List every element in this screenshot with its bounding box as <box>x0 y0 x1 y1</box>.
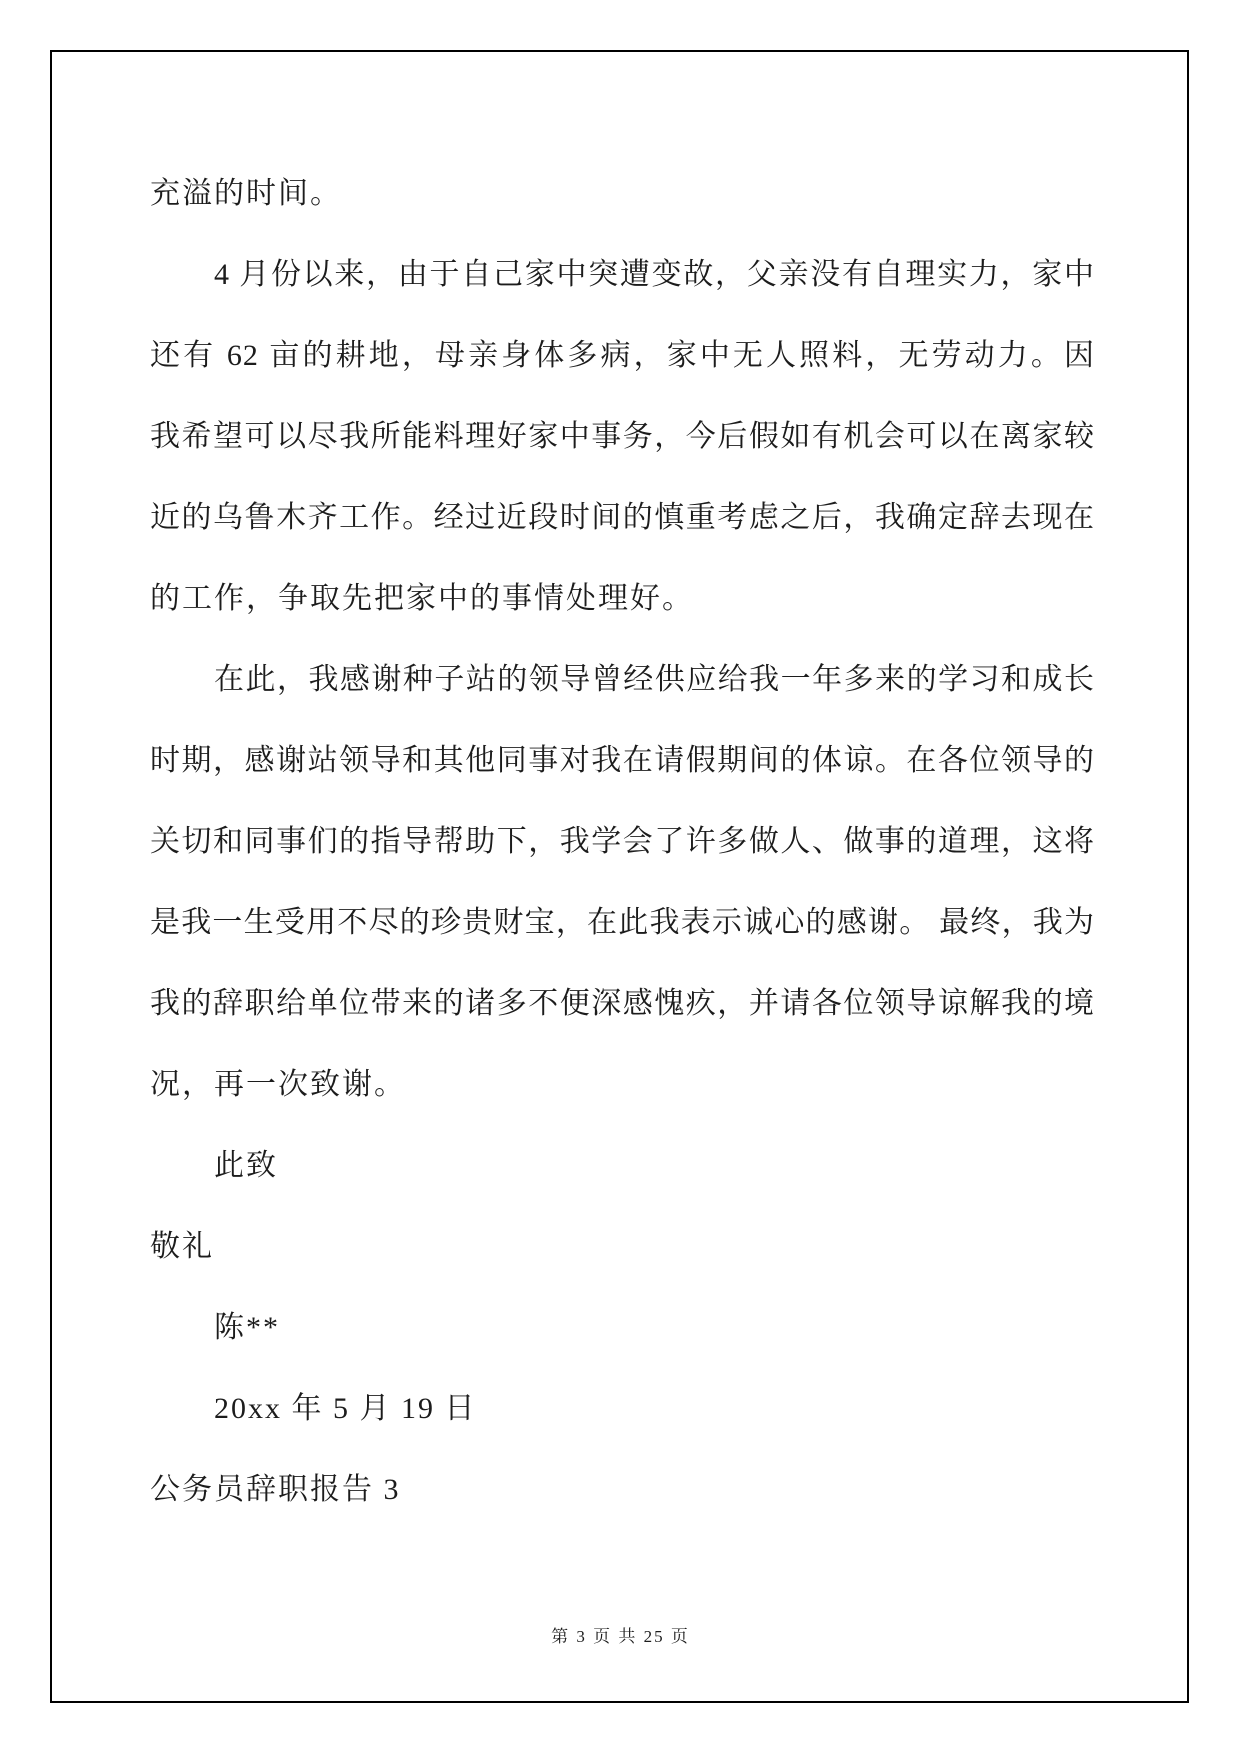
closing-salutation: 此致 <box>150 1125 1095 1206</box>
text-line: 我希望可以尽我所能料理好家中事务，今后假如有机会可以在离家较 <box>150 396 1095 477</box>
text-line: 况，再一次致谢。 <box>150 1044 1095 1125</box>
closing-salute: 敬礼 <box>150 1206 1095 1287</box>
signature-date: 20xx 年 5 月 19 日 <box>150 1368 1095 1449</box>
text-line: 我的辞职给单位带来的诸多不便深感愧疚，并请各位领导谅解我的境 <box>150 963 1095 1044</box>
document-page: 充溢的时间。 4 月份以来，由于自己家中突遭变故，父亲没有自理实力，家中 还有 … <box>0 0 1241 1754</box>
text-line: 在此，我感谢种子站的领导曾经供应给我一年多来的学习和成长 <box>150 639 1095 720</box>
text-line: 4 月份以来，由于自己家中突遭变故，父亲没有自理实力，家中 <box>150 234 1095 315</box>
text-line: 还有 62 亩的耕地，母亲身体多病，家中无人照料，无劳动力。因此， <box>150 315 1095 396</box>
letter-body: 充溢的时间。 4 月份以来，由于自己家中突遭变故，父亲没有自理实力，家中 还有 … <box>150 153 1095 1530</box>
signature-name: 陈** <box>150 1287 1095 1368</box>
section-heading: 公务员辞职报告 3 <box>150 1449 1095 1530</box>
text-line: 时期，感谢站领导和其他同事对我在请假期间的体谅。在各位领导的 <box>150 720 1095 801</box>
text-line: 近的乌鲁木齐工作。经过近段时间的慎重考虑之后，我确定辞去现在 <box>150 477 1095 558</box>
text-line: 关切和同事们的指导帮助下，我学会了许多做人、做事的道理，这将 <box>150 801 1095 882</box>
page-footer: 第 3 页 共 25 页 <box>0 1620 1241 1654</box>
text-line: 是我一生受用不尽的珍贵财宝，在此我表示诚心的感谢。 最终，我为 <box>150 882 1095 963</box>
text-line: 的工作，争取先把家中的事情处理好。 <box>150 558 1095 639</box>
text-line: 充溢的时间。 <box>150 153 1095 234</box>
